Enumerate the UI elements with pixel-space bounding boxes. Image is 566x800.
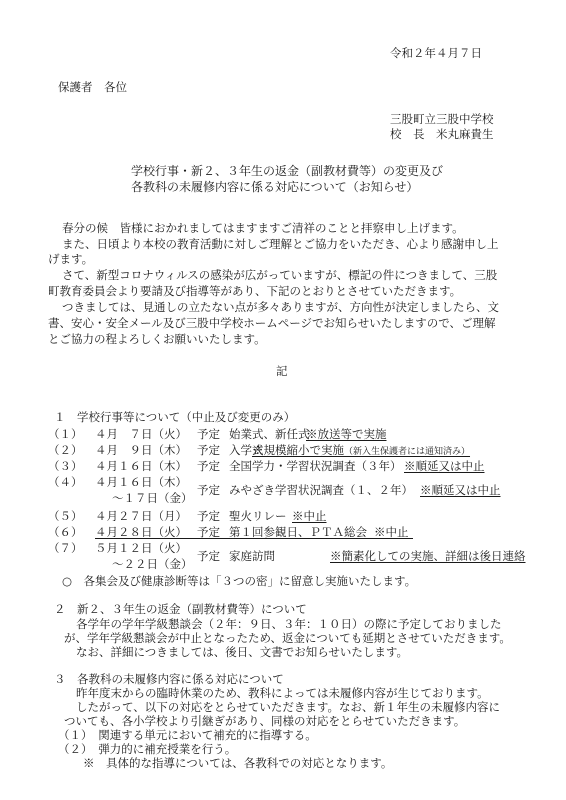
item-note-main: ※規模縮小で実施 [252,443,344,457]
item-date: ４月 ７日（火） [95,426,187,442]
section3-line2: したがって、以下の対応をとらせていただきます。なお、新１年生の未履修内容に [76,700,500,714]
section3-item-2: （２） 弾力的に補充授業を行う。 [58,742,236,756]
recipient: 保護者 各位 [58,80,127,94]
item-number: （７） [48,540,83,556]
intro-notice-2: 書、安心・安全メール及び三股中学校ホームページでお知らせいたしますので、ご理解 [48,316,495,330]
item-number: （４） [48,474,83,490]
item-number: （６） [48,524,83,540]
item-number: （１） [48,426,83,442]
item-event: みやざき学習状況調査（１、２年） [229,482,413,498]
item-status: 予定 [197,426,220,442]
item-date: ４月１６日（木） [95,474,187,490]
item-note: ※順延又は中止 [420,482,501,498]
item-number: （５） [48,508,83,524]
item-date: ５月１２日（火） [95,540,187,556]
document-date: 令和２年４月７日 [390,46,482,60]
section1-footnote: ○ 各集会及び健康診断等は「３つの密」に留意し実施いたします。 [62,574,416,588]
section3-note: ※ 具体的な指導については、各教科での対応となります。 [83,756,392,770]
item-status: 予定 [197,482,220,498]
section3-heading: ３ 各教科の未履修内容に係る対応について [54,672,284,686]
sender-org: 三股町立三股中学校 [390,112,494,126]
intro-context-1: さて、新型コロナウィルスの感染が広がっていますが、標記の件につきまして、三股 [62,268,497,282]
item-status: 予定 [197,508,220,524]
ki-heading: 記 [276,364,288,378]
item-date: ４月１６日（木） [95,458,187,474]
section1-heading: １ 学校行事等について（中止及び変更のみ） [54,410,295,424]
item-event: 聖火リレー [229,508,287,524]
item-note-detail: （新入生保護者には通知済み） [344,447,470,457]
intro-context-2: 町教育委員会より要請及び指導等があり、下記のとおりとさせていただきます。 [48,284,461,298]
item-event: 家庭訪問 [229,548,275,564]
section2-line1: 各学年の学年学級懇談会（２年：９日、３年：１０日）の際に予定しておりました [76,617,502,631]
item-note: ※放送等で実施 [306,426,387,442]
item-number: （２） [48,442,83,458]
item-note: ※順延又は中止 [404,458,485,474]
item-status: 予定 [197,458,220,474]
item-status: 予定 [197,548,220,564]
item-event: 始業式、新任式 [229,426,310,442]
item-note: ※簡素化しての実施、詳細は後日連絡 [330,548,526,564]
item-note: ※中止 [292,508,327,524]
section2-heading: ２ 新２、３年生の返金（副教材費等）について [54,602,307,616]
intro-thanks-1: また、日頃より本校の教育活動に対しご理解とご協力をいただき、心より感謝申し上 [62,237,499,251]
section2-line3: なお、詳細につきましては、後日、文書でお知らせいたします。 [76,645,408,659]
row-underline [95,538,413,539]
document-title-line2: 各教科の未履修内容に係る対応について（お知らせ） [131,180,418,194]
item-date: ４月２７日（月） [95,508,187,524]
intro-thanks-2: げます。 [48,252,93,266]
item-event: 全国学力・学習状況調査（３年） [229,458,402,474]
section3-item-1: （１） 関連する単元において補充的に指導する。 [58,728,317,742]
item-number: （３） [48,458,83,474]
item-date-end: ～２２日（金） [112,556,193,572]
item-date-end: ～１７日（金） [112,490,193,506]
document-title-line1: 学校行事・新２、３年生の返金（副教材費等）の変更及び [131,164,443,178]
section3-line3: ついても、各小学校より引継ぎがあり、同様の対応をとらせていただきます。 [64,714,465,728]
item-status: 予定 [197,442,220,458]
intro-notice-3: とご協力の程よろしくお願いいたします。 [48,332,266,346]
item-date: ４月 ９日（木） [95,442,187,458]
intro-notice-1: つきましては、見通しの立たない点が多々ありますが、方向性が決定しましたら、文 [62,300,499,314]
section2-line2: が、学年学級懇談会が中止となったため、返金についても延期とさせていただきます。 [64,631,511,645]
section3-line1: 昨年度末からの臨時休業のため、教科によっては未履修内容が生じております。 [76,686,489,700]
sender-name: 校 長 米丸麻貴生 [390,127,494,141]
intro-greeting: 春分の候 皆様におかれましてはますますご清祥のことと拝察申し上げます。 [62,221,464,235]
